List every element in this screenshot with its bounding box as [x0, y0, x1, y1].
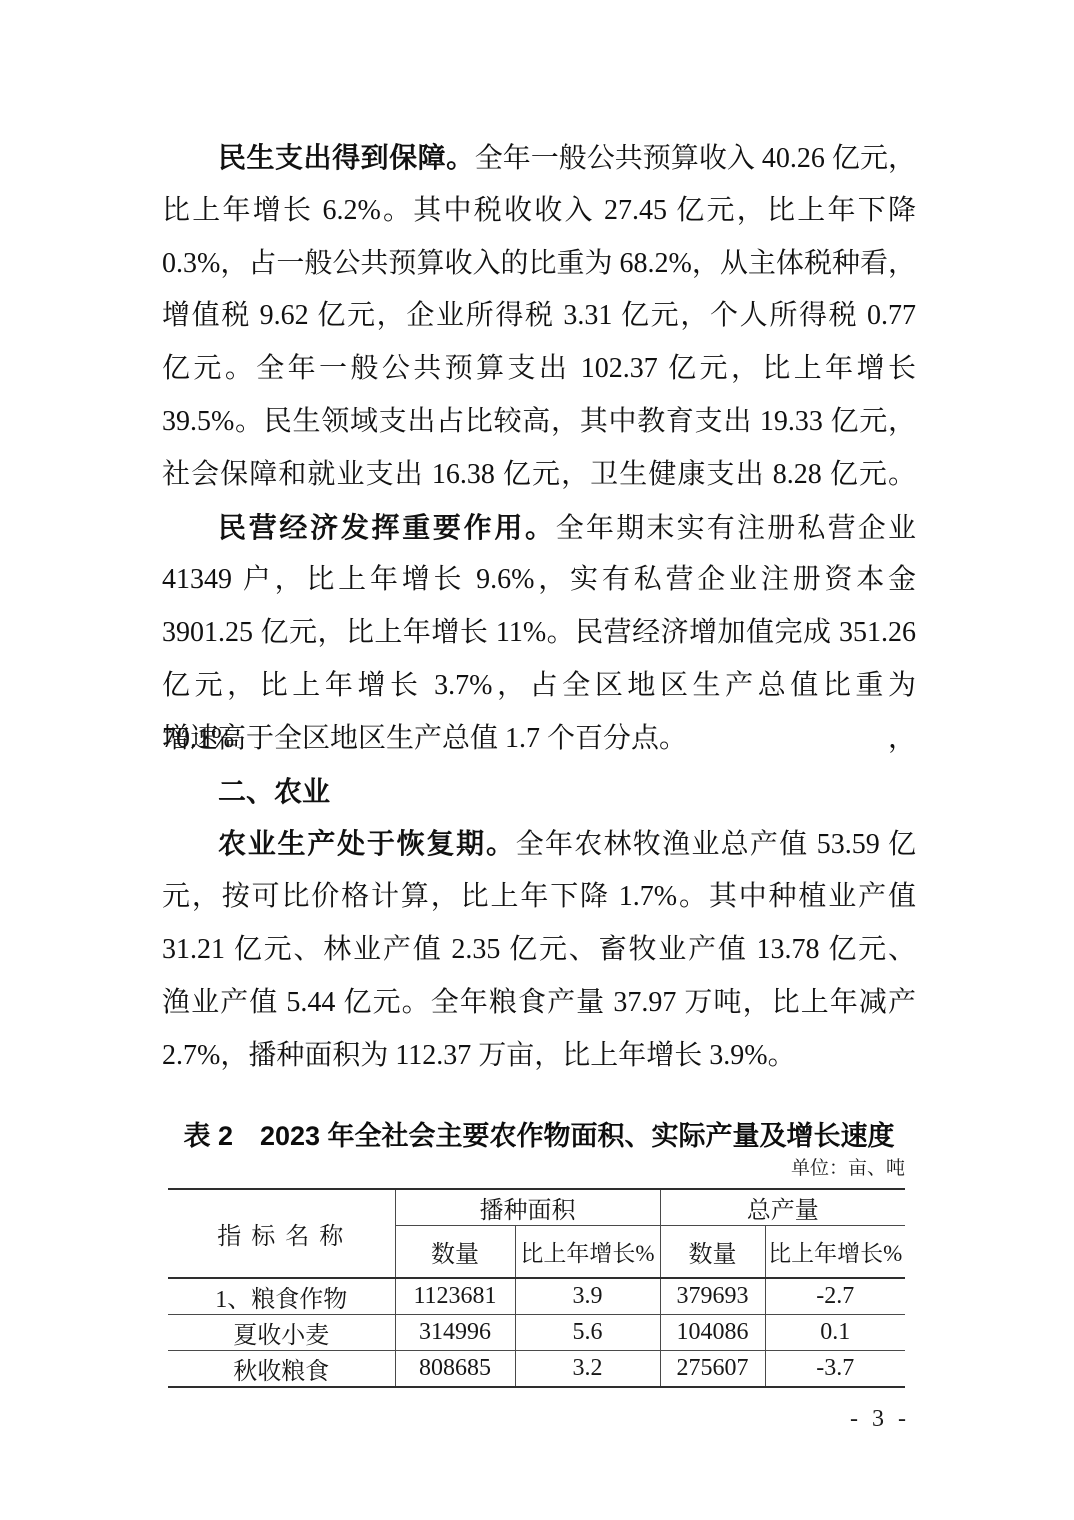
- header-output-growth: 比上年增长%: [765, 1226, 905, 1278]
- row-output-growth: -2.7: [765, 1278, 905, 1315]
- crops-statistics-table: 指 标 名 称 播种面积 总产量 数量 比上年增长% 数量 比上年增长% 1、粮…: [168, 1188, 905, 1388]
- row-area-growth: 3.2: [515, 1350, 660, 1387]
- body-text: 全年期末实有注册私营企业: [556, 513, 916, 544]
- row-output-growth: 0.1: [765, 1314, 905, 1350]
- row-output-quantity: 275607: [660, 1350, 765, 1387]
- header-indicator-name: 指 标 名 称: [168, 1189, 395, 1278]
- body-line: 增值税 9.62 亿元，企业所得税 3.31 亿元，个人所得税 0.77: [162, 290, 916, 343]
- section-heading-agriculture: 二、农业: [162, 766, 916, 819]
- body-line: 0.3%，占一般公共预算收入的比重为 68.2%，从主体税种看，: [162, 238, 916, 291]
- header-area-growth: 比上年增长%: [515, 1226, 660, 1278]
- body-line: 民营经济发挥重要作用。全年期末实有注册私营企业: [162, 502, 916, 555]
- paragraph-lead: 农业生产处于恢复期。: [218, 828, 516, 859]
- paragraph-fiscal: 民生支出得到保障。全年一般公共预算收入 40.26 亿元， 比上年增长 6.2%…: [162, 132, 916, 502]
- paragraph-private-economy: 民营经济发挥重要作用。全年期末实有注册私营企业 41349 户，比上年增长 9.…: [162, 502, 916, 766]
- body-line: 39.5%。民生领域支出占比较高，其中教育支出 19.33 亿元，: [162, 396, 916, 449]
- paragraph-lead: 民营经济发挥重要作用。: [218, 512, 556, 543]
- body-line: 41349 户，比上年增长 9.6%，实有私营企业注册资本金: [162, 554, 916, 607]
- body-line: 2.7%，播种面积为 112.37 万亩，比上年增长 3.9%。: [162, 1030, 916, 1083]
- header-area-quantity: 数量: [395, 1226, 515, 1278]
- table-row: 秋收粮食 808685 3.2 275607 -3.7: [168, 1350, 905, 1387]
- body-line: 亿元，比上年增长 3.7%，占全区地区生产总值比重为 70.1%，: [162, 660, 916, 713]
- body-line: 元，按可比价格计算，比上年下降 1.7%。其中种植业产值: [162, 871, 916, 924]
- table-container: 单位：亩、吨 指 标 名 称 播种面积 总产量 数量 比上年增长% 数量: [168, 1156, 905, 1388]
- header-sown-area-group: 播种面积: [395, 1189, 660, 1226]
- document-page: 民生支出得到保障。全年一般公共预算收入 40.26 亿元， 比上年增长 6.2%…: [0, 0, 1074, 1520]
- row-indicator: 夏收小麦: [168, 1314, 395, 1350]
- table-unit-note: 单位：亩、吨: [168, 1156, 905, 1182]
- table-header-group-row: 指 标 名 称 播种面积 总产量: [168, 1189, 905, 1226]
- table-row: 夏收小麦 314996 5.6 104086 0.1: [168, 1314, 905, 1350]
- header-output-quantity: 数量: [660, 1226, 765, 1278]
- body-line: 亿元。全年一般公共预算支出 102.37 亿元，比上年增长: [162, 343, 916, 396]
- body-text: 全年农林牧渔业总产值 53.59 亿: [516, 829, 916, 860]
- paragraph-lead: 民生支出得到保障。: [218, 142, 475, 173]
- row-area-growth: 3.9: [515, 1278, 660, 1315]
- row-area-growth: 5.6: [515, 1314, 660, 1350]
- row-output-quantity: 104086: [660, 1314, 765, 1350]
- header-total-output-group: 总产量: [660, 1189, 905, 1226]
- body-line: 3901.25 亿元，比上年增长 11%。民营经济增加值完成 351.26: [162, 607, 916, 660]
- paragraph-agriculture: 农业生产处于恢复期。全年农林牧渔业总产值 53.59 亿 元，按可比价格计算，比…: [162, 818, 916, 1082]
- table-title: 表 2 2023 年全社会主要农作物面积、实际产量及增长速度: [162, 1118, 916, 1154]
- body-line: 社会保障和就业支出 16.38 亿元，卫生健康支出 8.28 亿元。: [162, 449, 916, 502]
- row-indicator: 秋收粮食: [168, 1350, 395, 1387]
- body-line: 渔业产值 5.44 亿元。全年粮食产量 37.97 万吨，比上年减产: [162, 977, 916, 1030]
- row-indicator: 1、粮食作物: [168, 1278, 395, 1315]
- table-row: 1、粮食作物 1123681 3.9 379693 -2.7: [168, 1278, 905, 1315]
- body-line: 民生支出得到保障。全年一般公共预算收入 40.26 亿元，: [162, 132, 916, 185]
- row-output-growth: -3.7: [765, 1350, 905, 1387]
- body-line: 31.21 亿元、林业产值 2.35 亿元、畜牧业产值 13.78 亿元、: [162, 924, 916, 977]
- row-output-quantity: 379693: [660, 1278, 765, 1315]
- body-line: 农业生产处于恢复期。全年农林牧渔业总产值 53.59 亿: [162, 818, 916, 871]
- row-area-quantity: 1123681: [395, 1278, 515, 1315]
- body-text: 全年一般公共预算收入 40.26 亿元，: [475, 143, 916, 174]
- row-area-quantity: 314996: [395, 1314, 515, 1350]
- body-line: 比上年增长 6.2%。其中税收收入 27.45 亿元，比上年下降: [162, 185, 916, 238]
- page-number: - 3 -: [850, 1406, 910, 1433]
- row-area-quantity: 808685: [395, 1350, 515, 1387]
